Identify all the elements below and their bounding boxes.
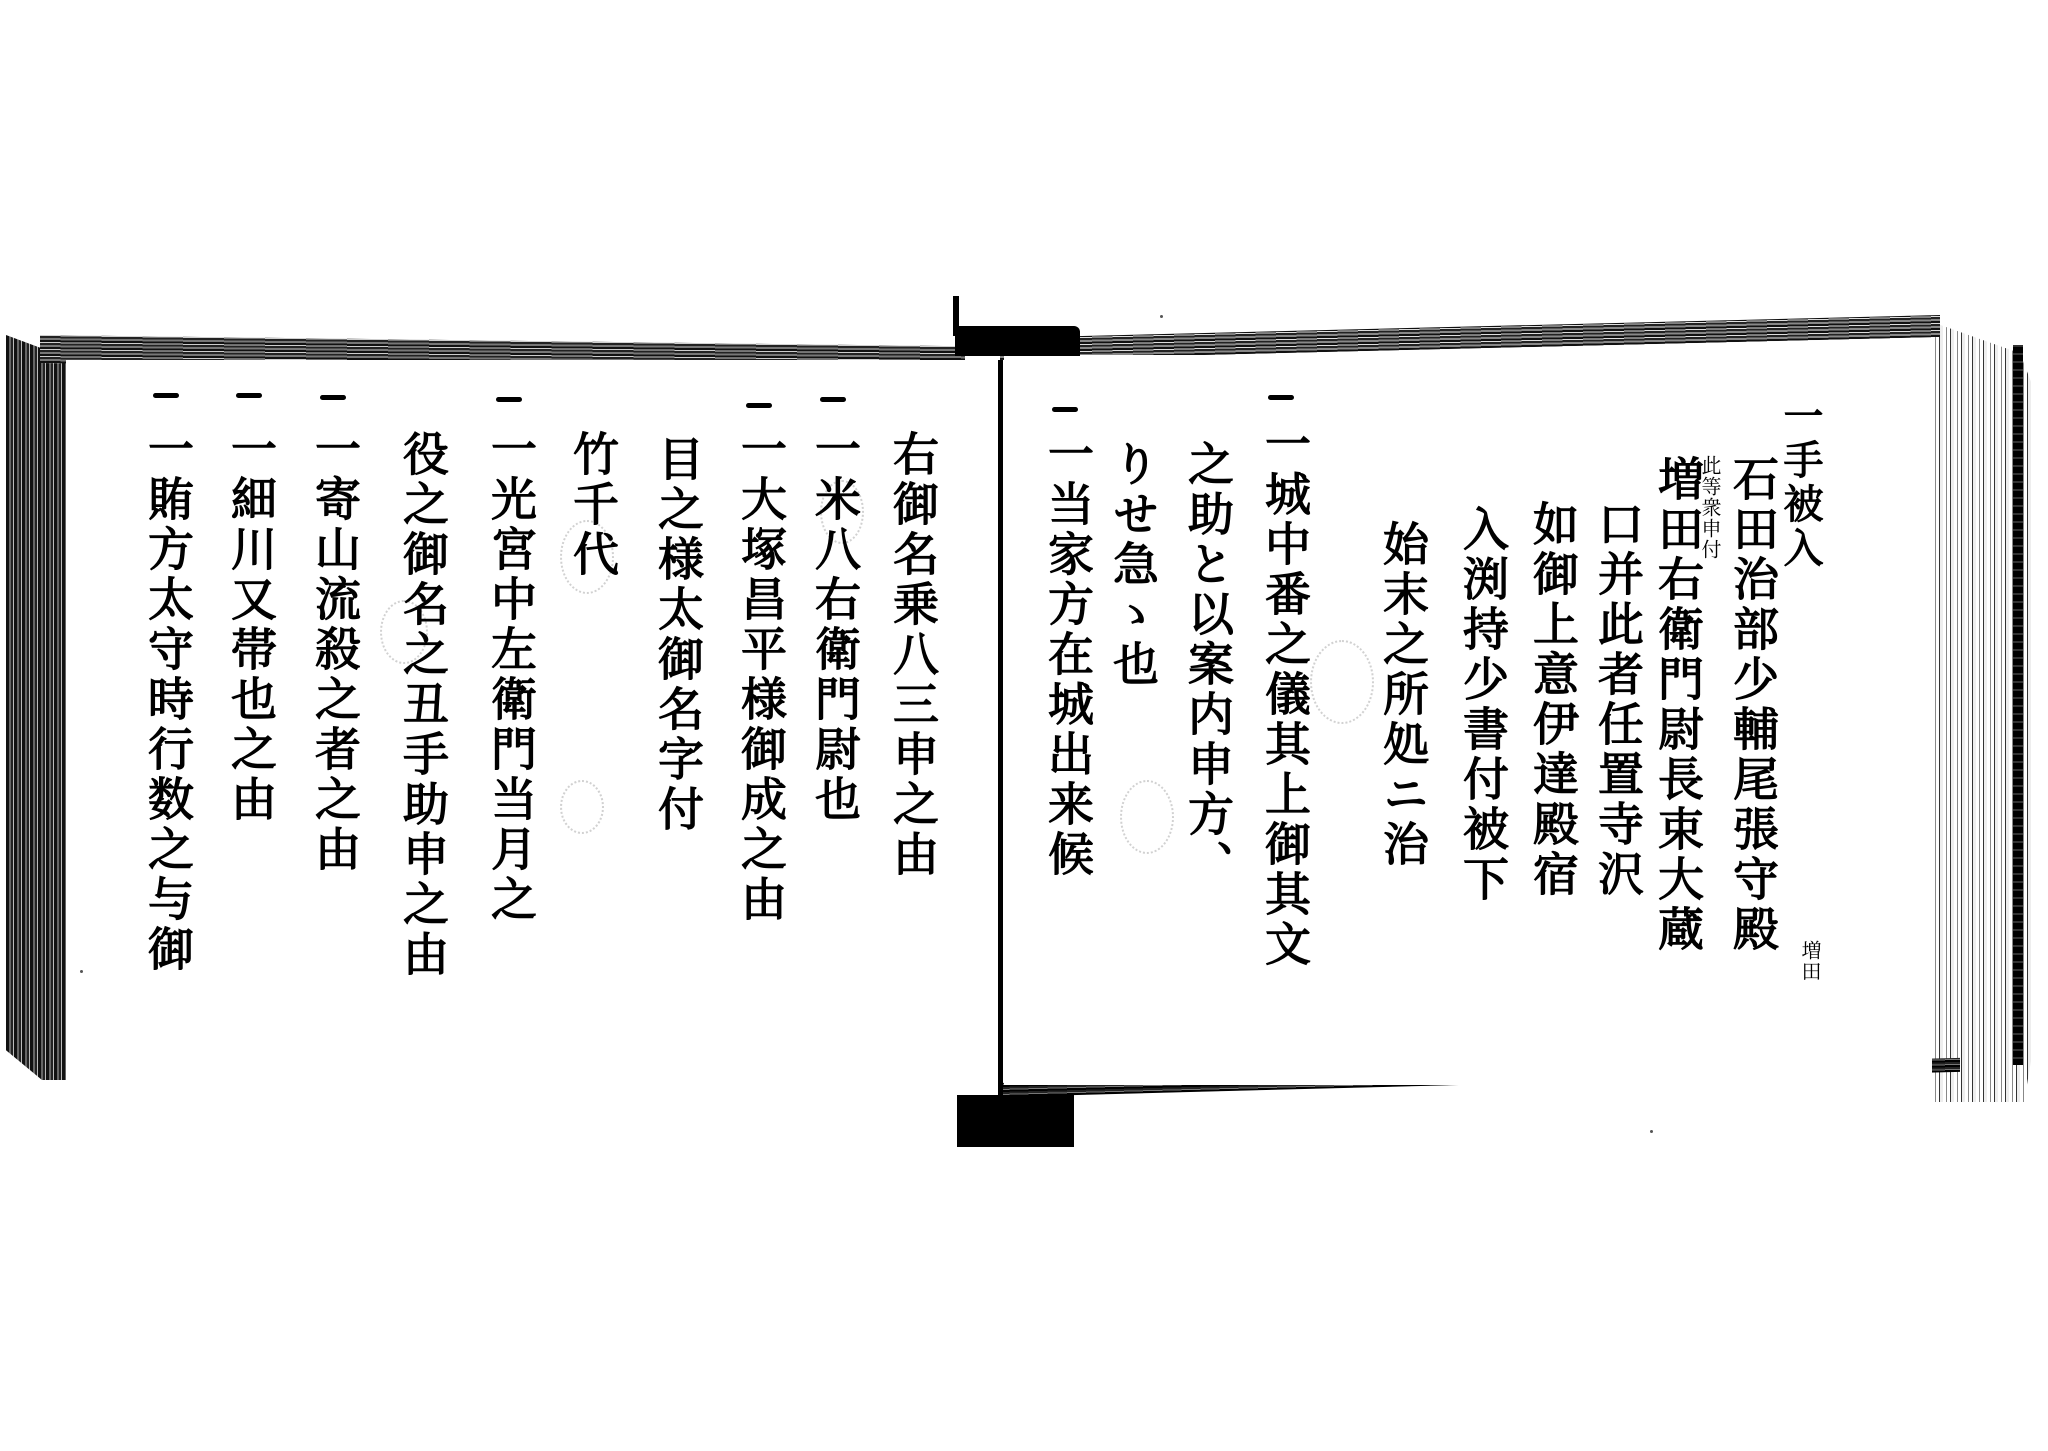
item-mark-dash: [1052, 407, 1078, 412]
text-column: 入渕持少書付被下: [1460, 505, 1506, 905]
item-mark-dash: [153, 393, 179, 398]
text-column: りせ急ゝ也: [1110, 440, 1156, 690]
interlinear-annotation: 此等衆申付: [1700, 455, 1720, 560]
item-mark-dash: [1268, 395, 1294, 400]
text-column: 一賄方太守時行数之与御: [145, 425, 191, 975]
text-column: 始末之所処ニ治: [1380, 520, 1426, 870]
item-mark-dash: [496, 397, 522, 402]
text-column: 一当家方在城出来候: [1045, 430, 1091, 880]
text-column: 口并此者任置寺沢: [1595, 500, 1641, 900]
text-column: 右御名乗八三申之由: [890, 430, 936, 880]
text-column: 一寄山流殺之者之由: [312, 425, 358, 875]
gutter-fold-line: [998, 360, 1003, 1095]
interlinear-annotation: 増田: [1800, 940, 1820, 982]
spine-clamp-top: [955, 326, 1080, 356]
text-column: 一細川又帯也之由: [228, 425, 274, 825]
item-mark-dash: [746, 403, 772, 408]
manuscript-spread: 一手被入 石田治部少輔尾張守殿 増田 増田右衛門尉長束大蔵 此等衆申付 口并此者…: [0, 0, 2048, 1451]
paper-speck: [1650, 1130, 1653, 1133]
right-page-top-edge: [1000, 315, 1940, 360]
text-column: 一大塚昌平様御成之由: [738, 425, 784, 925]
text-column: 増田右衛門尉長束大蔵: [1655, 455, 1701, 955]
show-through-mark: [1120, 780, 1174, 854]
show-through-mark: [1310, 640, 1374, 724]
text-column: 如御上意伊達殿宿: [1530, 500, 1576, 900]
item-mark-dash: [320, 395, 346, 400]
text-column: 一手被入: [1780, 395, 1820, 571]
text-column: 一米八右衛門尉也: [812, 425, 858, 825]
spine-clamp-bottom: [957, 1095, 1074, 1147]
text-column: 竹千代: [570, 430, 616, 580]
show-through-mark: [560, 780, 604, 834]
paper-speck: [1160, 315, 1163, 318]
left-page-stack-edge: [6, 335, 66, 1080]
text-column: 一城中番之儀其上御其文: [1262, 420, 1308, 970]
text-column: 役之御名之丑手助申之由: [400, 430, 446, 980]
paper-speck: [80, 970, 83, 973]
item-mark-dash: [236, 393, 262, 398]
text-column: 目之様太御名字付: [655, 435, 701, 835]
item-mark-dash: [820, 397, 846, 402]
right-page-stack-shadow: [2013, 345, 2023, 1065]
text-column: 石田治部少輔尾張守殿: [1730, 455, 1776, 955]
text-column: 之助と以案内申方、: [1185, 440, 1231, 890]
text-column: 一光宮中左衛門当月之: [488, 425, 534, 925]
